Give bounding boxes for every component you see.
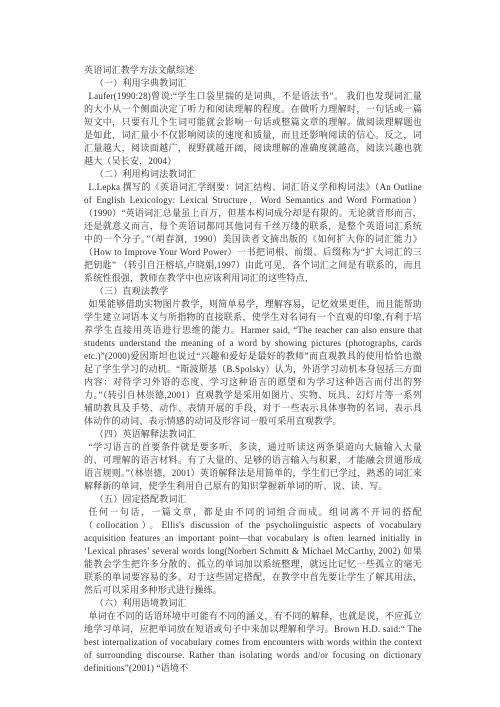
section-heading: （五）固定搭配教词汇 xyxy=(84,493,422,506)
section-paragraph: 单词在不同的话语环境中可能有不同的涵义，有不同的解释，也就是说，不应孤立地学习单… xyxy=(84,610,422,675)
section-dictionary-method: （一）利用字典教词汇 Laufer(1990:28)曾说:“学生口袋里揣的是词典… xyxy=(84,77,422,168)
section-paragraph: Laufer(1990:28)曾说:“学生口袋里揣的是词典，不是语法书”。 我们… xyxy=(84,90,422,168)
section-heading: （三）直观法教学 xyxy=(84,285,422,298)
section-paragraph: “学习语言的首要条件就是要多听、多读，通过听读这两条渠道向大脑输入大量的、可理解… xyxy=(84,441,422,493)
section-heading: （一）利用字典教词汇 xyxy=(84,77,422,90)
section-heading: （二）利用构词法教词汇 xyxy=(84,168,422,181)
section-context-method: （六）利用语境教词汇 单词在不同的话语环境中可能有不同的涵义，有不同的解释，也就… xyxy=(84,597,422,675)
document-page: 英语词汇教学方法文献综述 （一）利用字典教词汇 Laufer(1990:28)曾… xyxy=(0,0,500,707)
section-word-formation-method: （二）利用构词法教词汇 L.Lepka 撰写的《英语词汇学纲要：词汇结构、词汇语… xyxy=(84,168,422,285)
section-english-explanation-method: （四）英语解释法教词汇 “学习语言的首要条件就是要多听、多读，通过听读这两条渠道… xyxy=(84,428,422,493)
section-heading: （六）利用语境教词汇 xyxy=(84,597,422,610)
section-visual-method: （三）直观法教学 如果能够借助实物图片教学，则简单易学，理解容易，记忆效果更佳，… xyxy=(84,285,422,428)
section-paragraph: L.Lepka 撰写的《英语词汇学纲要：词汇结构、词汇语义学和构词法》（An O… xyxy=(84,181,422,285)
section-paragraph: 如果能够借助实物图片教学，则简单易学，理解容易，记忆效果更佳，而且能帮助学生建立… xyxy=(84,298,422,428)
section-heading: （四）英语解释法教词汇 xyxy=(84,428,422,441)
document-title: 英语词汇教学方法文献综述 xyxy=(84,64,422,77)
section-collocation-method: （五）固定搭配教词汇 任何一句话，一篇文章，都是由不同的词组合而成。组词离不开词… xyxy=(84,493,422,597)
section-paragraph: 任何一句话，一篇文章，都是由不同的词组合而成。组词离不开词的搭配（colloca… xyxy=(84,506,422,597)
